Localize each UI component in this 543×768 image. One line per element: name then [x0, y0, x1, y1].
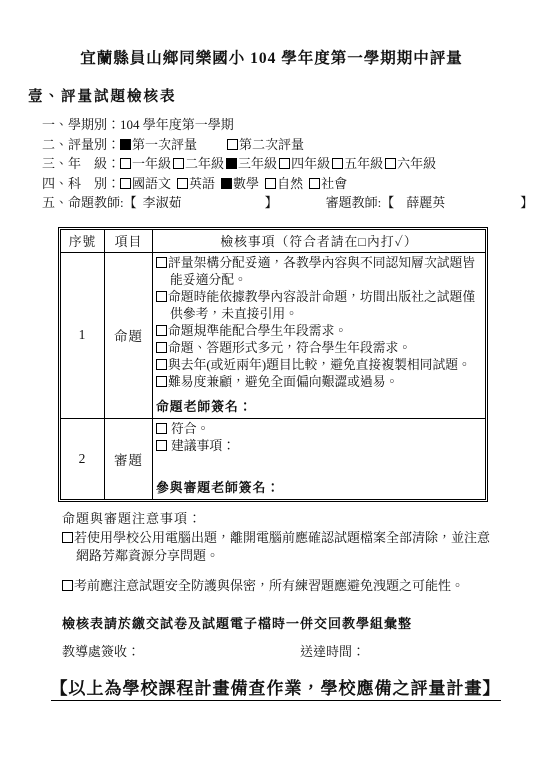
bracket-close: 】: [520, 195, 533, 210]
assessment-option: 第一次評量: [120, 137, 197, 152]
checkbox-icon: [279, 158, 290, 169]
field-semester: 一、學期別：104 學年度第一學期: [42, 115, 543, 135]
checkbox-icon: [156, 423, 167, 434]
checkbox-icon: [120, 158, 131, 169]
row-2-item: 審題: [105, 419, 153, 499]
form-header-fields: 一、學期別：104 學年度第一學期 二、評量別：第一次評量第二次評量 三、年 級…: [42, 115, 543, 213]
assessment-option: 第二次評量: [227, 137, 304, 152]
grade-option: 六年級: [385, 156, 436, 171]
semester-label: 一、學期別：: [42, 117, 120, 132]
receipt-label: 教導處簽收：: [62, 643, 140, 661]
assessment-label: 二、評量別：: [42, 137, 120, 152]
field-assessment: 二、評量別：第一次評量第二次評量: [42, 135, 543, 155]
check-item: 符合。: [156, 421, 483, 438]
checkbox-icon: [62, 532, 73, 543]
row-1-number: 1: [61, 253, 105, 419]
bracket-close: 】: [265, 195, 278, 210]
bracket-open: 【: [124, 195, 137, 210]
receipt-row: 教導處簽收： 送達時間：: [62, 643, 496, 661]
subject-option: 社會: [309, 176, 347, 191]
field-teachers: 五、命題教師:【李淑茹】審題教師:【薛麗英】: [42, 193, 543, 213]
checkbox-icon: [156, 359, 167, 370]
subject-option: 英語: [177, 176, 215, 191]
checkbox-icon: [221, 178, 232, 189]
review-teacher-name: 薛麗英: [394, 193, 520, 213]
row-1-criteria: 評量架構分配妥適，各教學內容與不同認知層次試題皆能妥適分配。 命題時能依據教學內…: [153, 253, 485, 419]
document-page: 宜蘭縣員山鄉同樂國小 104 學年度第一學期期中評量 壹、評量試題檢核表 一、學…: [0, 0, 543, 768]
check-item: 建議事項：: [156, 438, 483, 455]
row-2-criteria: 符合。 建議事項： 參與審題老師簽名：: [153, 419, 485, 499]
checkbox-icon: [265, 178, 276, 189]
table-header-criteria: 檢核事項（符合者請在□內打✓）: [153, 230, 485, 253]
checklist-table: 序號 項目 檢核事項（符合者請在□內打✓） 1 命題 評量架構分配妥適，各教學內…: [58, 227, 488, 502]
subject-option: 國語文: [120, 176, 171, 191]
row-2-number: 2: [61, 419, 105, 499]
question-teacher-label: 五、命題教師:: [42, 195, 124, 210]
checkbox-icon: [156, 291, 167, 302]
semester-value: 104 學年度第一學期: [120, 117, 234, 132]
checkbox-icon: [120, 178, 131, 189]
table-header-item: 項目: [105, 230, 153, 253]
check-item: 命題時能依據教學內容設計命題，坊間出版社之試題僅供參考，未直接引用。: [156, 289, 483, 323]
checkbox-icon: [226, 158, 237, 169]
bracket-open: 【: [381, 195, 394, 210]
delivery-time-label: 送達時間：: [300, 643, 365, 661]
checkbox-icon: [177, 178, 188, 189]
table-header-no: 序號: [61, 230, 105, 253]
grade-option: 五年級: [332, 156, 383, 171]
question-teacher-name: 李淑茹: [137, 193, 265, 213]
row-1-item: 命題: [105, 253, 153, 419]
checkbox-icon: [120, 139, 131, 150]
grade-option: 二年級: [173, 156, 224, 171]
check-item: 命題、答題形式多元，符合學生年段需求。: [156, 340, 483, 357]
checkbox-icon: [156, 342, 167, 353]
notes-section: 命題與審題注意事項： 若使用學校公用電腦出題，離開電腦前應確認試題檔案全部清除，…: [62, 510, 496, 661]
check-item: 與去年(或近兩年)題目比較，避免直接複製相同試題。: [156, 357, 483, 374]
subject-option: 自然: [265, 176, 303, 191]
subject-label: 四、科 別：: [42, 176, 120, 191]
field-subject: 四、科 別：國語文英語數學自然社會: [42, 174, 543, 194]
checkbox-icon: [156, 376, 167, 387]
review-teacher-label: 審題教師:: [326, 195, 382, 210]
grade-label: 三、年 級：: [42, 156, 120, 171]
grade-option: 三年級: [226, 156, 277, 171]
footer: 【以上為學校課程計畫備查作業，學校應備之評量計畫】: [0, 674, 543, 701]
checkbox-icon: [62, 580, 73, 591]
question-teacher-sign-label: 命題老師簽名：: [156, 399, 483, 416]
checkbox-icon: [156, 257, 167, 268]
check-item: 難易度兼顧，避免全面偏向艱澀或過易。: [156, 374, 483, 391]
note-item: 若使用學校公用電腦出題，離開電腦前應確認試題檔案全部清除，並注意網路芳鄰資源分享…: [62, 529, 496, 564]
check-item: 命題規準能配合學生年段需求。: [156, 323, 483, 340]
checkbox-icon: [156, 325, 167, 336]
return-note: 檢核表請於繳交試卷及試題電子檔時一併交回教學組彙整: [62, 615, 496, 633]
footer-statement: 【以上為學校課程計畫備查作業，學校應備之評量計畫】: [51, 674, 501, 701]
note-item: 考前應注意試題安全防護與保密，所有練習題應避免洩題之可能性。: [62, 577, 496, 595]
check-item: 評量架構分配妥適，各教學內容與不同認知層次試題皆能妥適分配。: [156, 255, 483, 289]
checkbox-icon: [385, 158, 396, 169]
grade-option: 一年級: [120, 156, 171, 171]
page-title: 宜蘭縣員山鄉同樂國小 104 學年度第一學期期中評量: [0, 46, 543, 68]
review-teacher-sign-label: 參與審題老師簽名：: [156, 480, 483, 497]
field-grade: 三、年 級：一年級二年級三年級四年級五年級六年級: [42, 154, 543, 174]
checkbox-icon: [332, 158, 343, 169]
checkbox-icon: [156, 440, 167, 451]
grade-option: 四年級: [279, 156, 330, 171]
section-heading: 壹、評量試題檢核表: [28, 85, 543, 106]
checkbox-icon: [227, 139, 238, 150]
subject-option: 數學: [221, 176, 259, 191]
checkbox-icon: [309, 178, 320, 189]
notes-heading: 命題與審題注意事項：: [62, 510, 496, 528]
checkbox-icon: [173, 158, 184, 169]
